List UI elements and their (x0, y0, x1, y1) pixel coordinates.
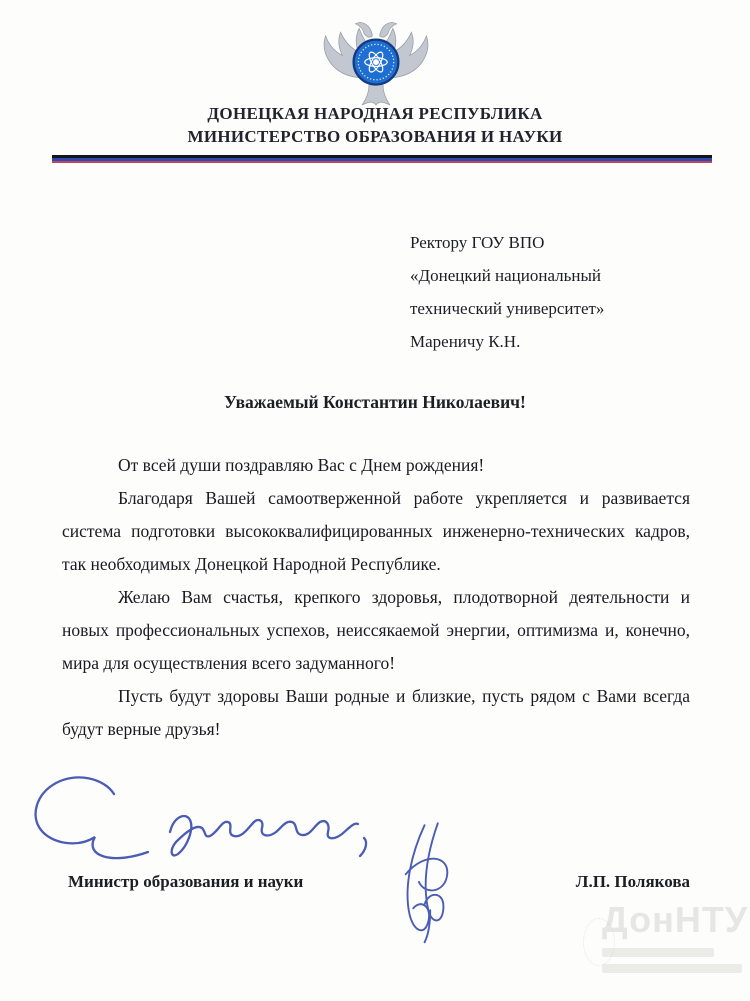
ministry-name: МИНИСТЕРСТВО ОБРАЗОВАНИЯ И НАУКИ (0, 125, 750, 148)
coat-of-arms-eagle-icon (320, 15, 432, 111)
letterhead: ДОНЕЦКАЯ НАРОДНАЯ РЕСПУБЛИКА МИНИСТЕРСТВ… (0, 102, 750, 148)
recipient-block: Ректору ГОУ ВПО «Донецкий национальный т… (410, 226, 604, 358)
watermark-donntu: ДонНТУ (602, 900, 750, 973)
body-paragraph: От всей души поздравляю Вас с Днем рожде… (62, 449, 690, 482)
body-paragraph: Желаю Вам счастья, крепкого здоровья, пл… (62, 581, 690, 680)
body-paragraph: Благодаря Вашей самоотверженной работе у… (62, 482, 690, 581)
watermark-small-line (602, 964, 742, 973)
flag-color-rule (52, 155, 712, 163)
country-name: ДОНЕЦКАЯ НАРОДНАЯ РЕСПУБЛИКА (0, 102, 750, 125)
minister-name: Л.П. Полякова (576, 872, 690, 892)
handwritten-closing (28, 772, 378, 872)
recipient-line: Мареничу К.Н. (410, 325, 604, 358)
recipient-line: Ректору ГОУ ВПО (410, 226, 604, 259)
body-paragraph: Пусть будут здоровы Ваши родные и близки… (62, 680, 690, 746)
minister-title: Министр образования и науки (68, 872, 303, 892)
recipient-line: технический университет» (410, 292, 604, 325)
letter-page: ДОНЕЦКАЯ НАРОДНАЯ РЕСПУБЛИКА МИНИСТЕРСТВ… (0, 0, 750, 1001)
recipient-line: «Донецкий национальный (410, 259, 604, 292)
watermark-text: ДонНТУ (602, 900, 750, 940)
signature-scribble (383, 812, 468, 947)
salutation: Уважаемый Константин Николаевич! (0, 392, 750, 413)
letter-body: От всей души поздравляю Вас с Днем рожде… (62, 449, 690, 746)
watermark-small-line (602, 948, 714, 957)
watermark-emblem-icon (583, 918, 615, 966)
